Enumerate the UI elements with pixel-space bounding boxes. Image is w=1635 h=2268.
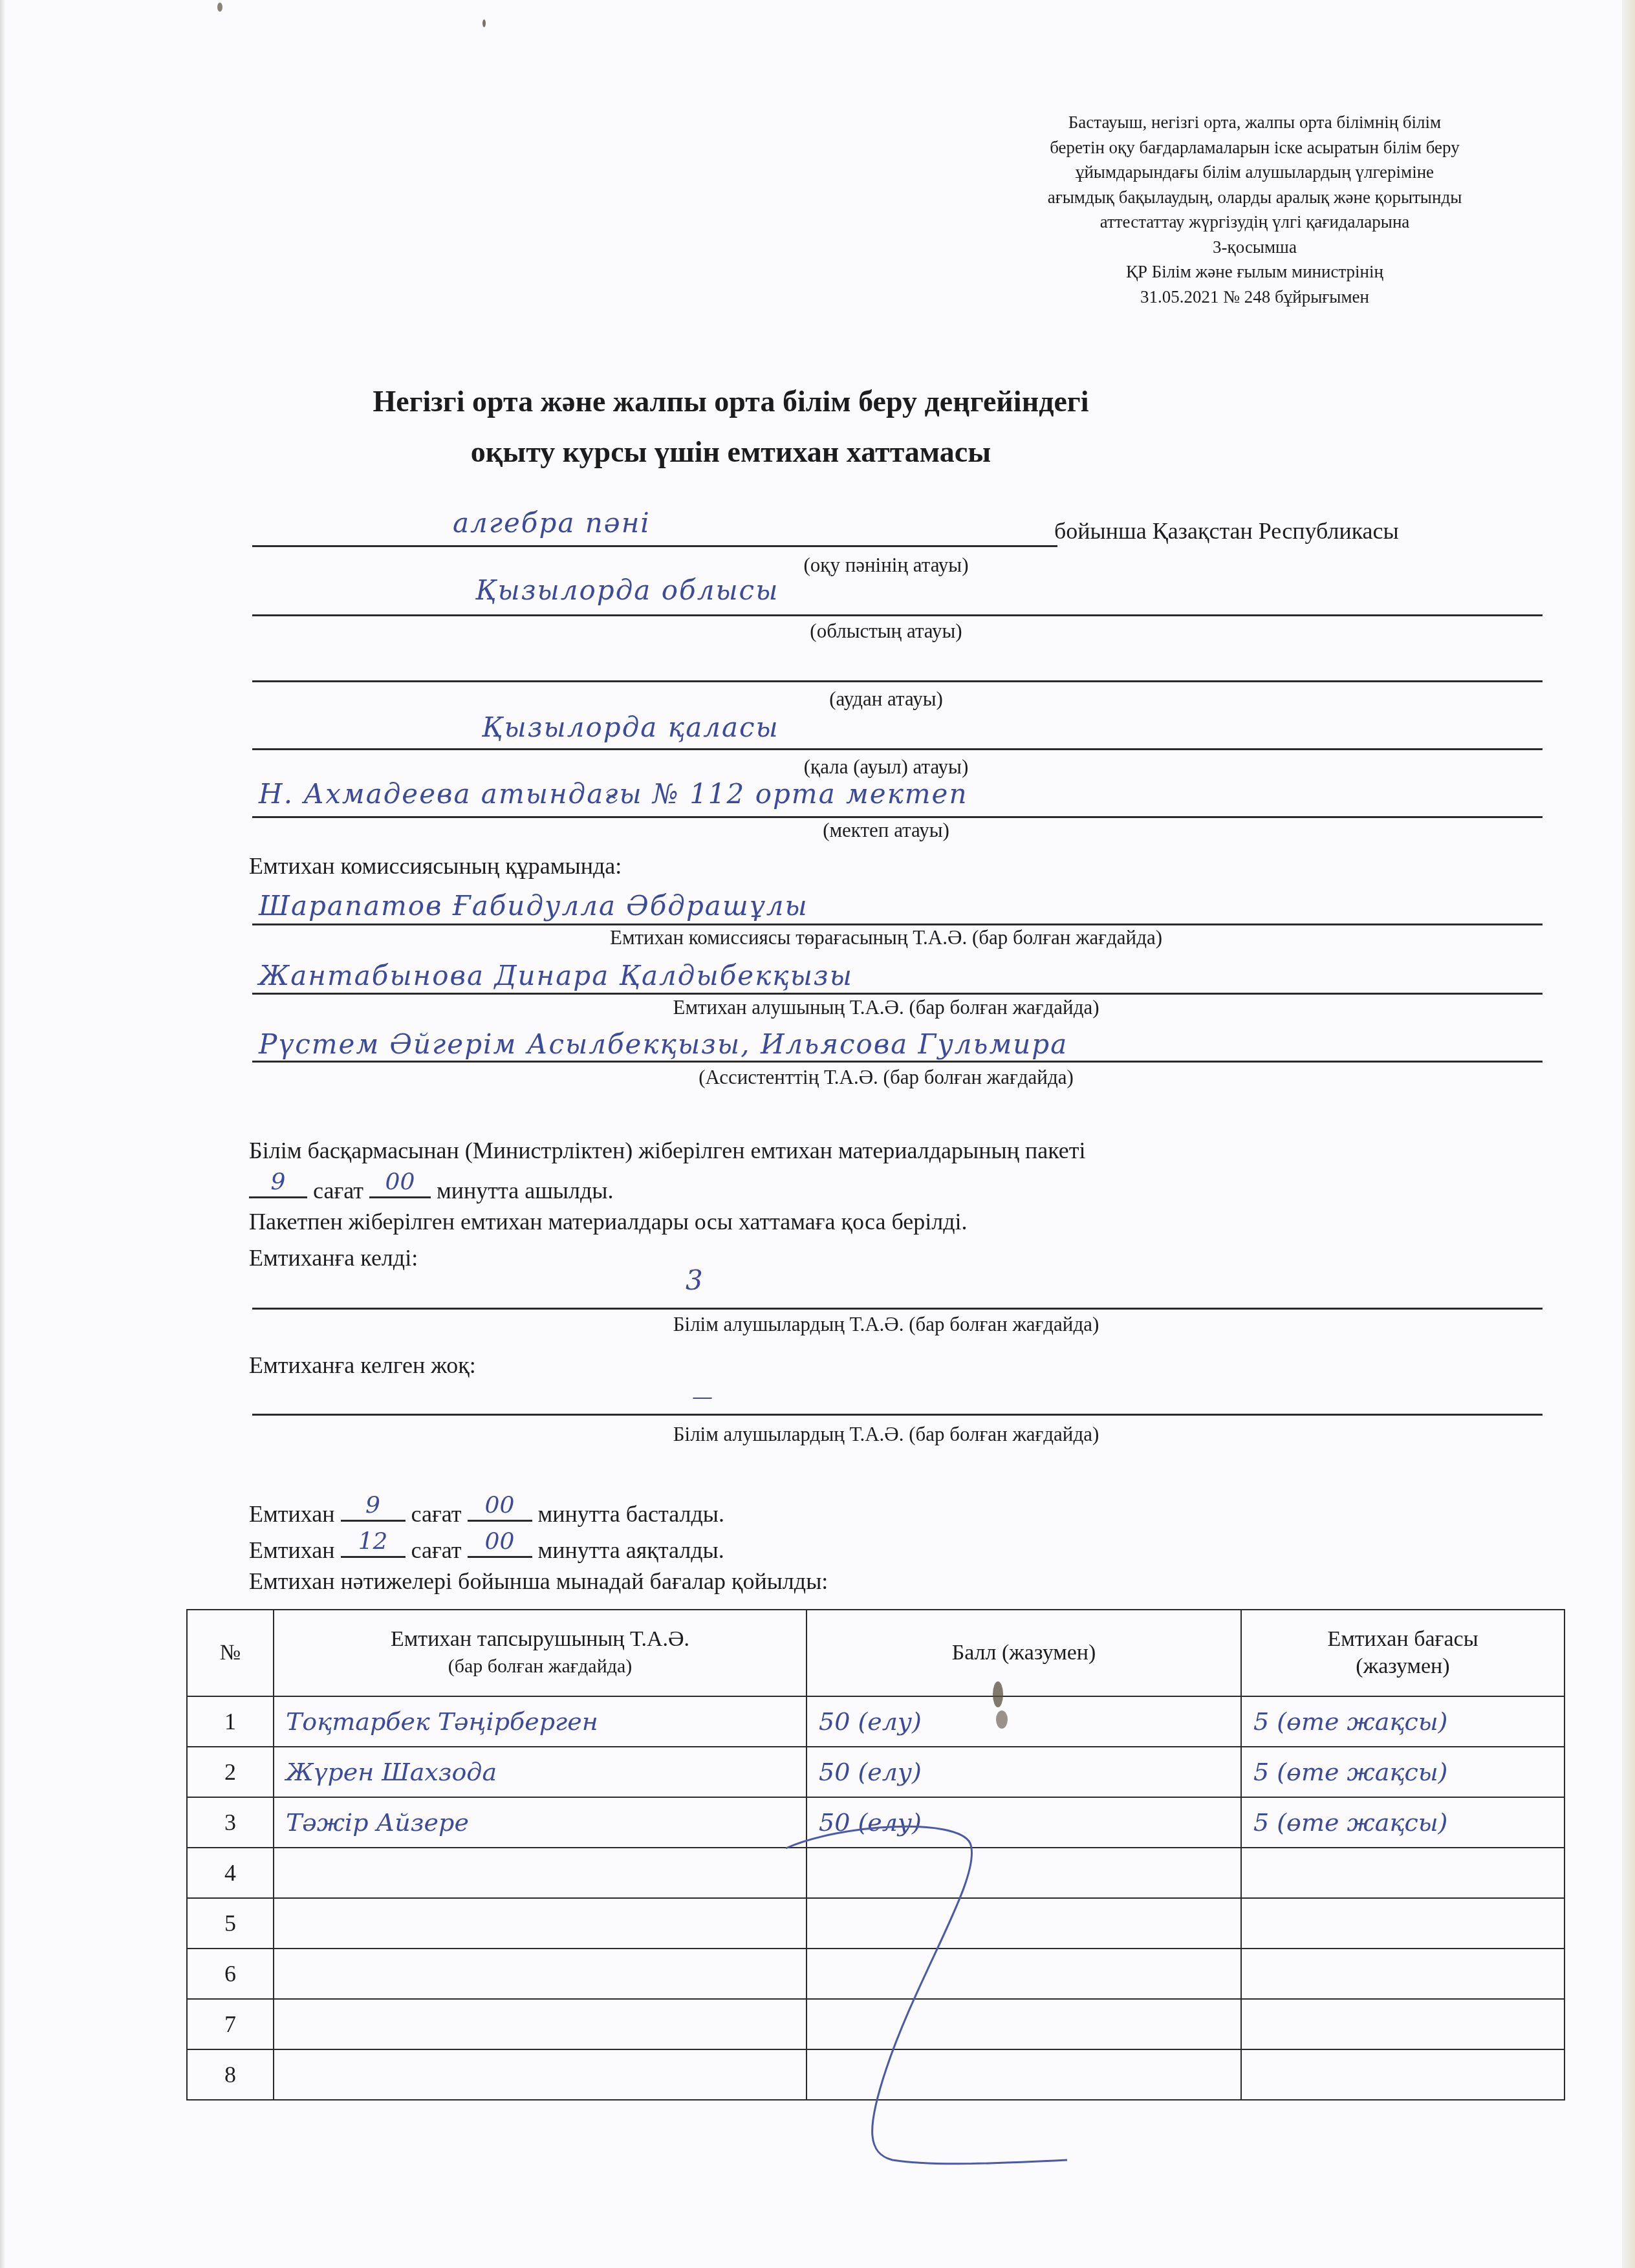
- exam-start-line: Емтихан 9 сағат 00 минутта басталды.: [249, 1495, 724, 1528]
- subject-caption: (оқу пәнінің атауы): [804, 554, 969, 577]
- package-text: Білім басқармасынан (Министрліктен) жібе…: [249, 1137, 1086, 1164]
- score-cell[interactable]: 50 (елу): [807, 1747, 1241, 1797]
- table-row: 8: [187, 2049, 1565, 2100]
- student-name-cell[interactable]: Тоқтарбек Тәңірберген: [274, 1696, 807, 1747]
- school-value[interactable]: Н. Ахмадеева атындағы № 112 орта мектеп: [259, 778, 968, 810]
- col-header-name-main: Емтихан тапсырушының Т.А.Ә.: [274, 1626, 806, 1653]
- results-intro: Емтихан нәтижелері бойынша мынадай бағал…: [249, 1568, 828, 1595]
- row-number: 6: [187, 1949, 274, 1999]
- header-line: аттестаттау жүргізудің үлгі қағидаларына: [1009, 210, 1500, 235]
- col-header-grade-main: Емтихан бағасы: [1242, 1626, 1564, 1653]
- ink-smudge: [996, 1711, 1008, 1729]
- grade-cell[interactable]: 5 (өте жақсы): [1241, 1797, 1565, 1848]
- student-name-cell[interactable]: [274, 1999, 807, 2049]
- header-line: ұйымдарындағы білім алушылардың үлгерімі…: [1009, 160, 1500, 185]
- row-number: 5: [187, 1898, 274, 1949]
- scan-edge-right: [1622, 0, 1635, 2268]
- row-number: 2: [187, 1747, 274, 1797]
- header-line: ағымдық бақылаудың, оларды аралық және қ…: [1009, 185, 1500, 210]
- examiner-name[interactable]: Жантабынова Динара Қалдыбекқызы: [259, 960, 853, 991]
- exam-word: Емтихан: [249, 1537, 335, 1563]
- regulation-reference: Бастауыш, негізгі орта, жалпы орта білім…: [1009, 110, 1500, 309]
- student-name-cell[interactable]: [274, 2049, 807, 2100]
- row-number: 1: [187, 1696, 274, 1747]
- col-header-name: Емтихан тапсырушының Т.А.Ә. (бар болған …: [274, 1610, 807, 1696]
- grade-cell[interactable]: [1241, 1949, 1565, 1999]
- present-value[interactable]: 3: [686, 1264, 704, 1296]
- col-header-grade: Емтихан бағасы (жазумен): [1241, 1610, 1565, 1696]
- exam-word: Емтихан: [249, 1501, 335, 1527]
- hour-word: сағат: [411, 1537, 462, 1563]
- present-label: Емтиханға келді:: [249, 1244, 418, 1271]
- student-name-cell[interactable]: [274, 1949, 807, 1999]
- row-number: 7: [187, 1999, 274, 2049]
- table-row: 6: [187, 1949, 1565, 1999]
- student-name-cell[interactable]: [274, 1898, 807, 1949]
- hour-word: сағат: [313, 1178, 363, 1204]
- exam-end-line: Емтихан 12 сағат 00 минутта аяқталды.: [249, 1531, 724, 1564]
- row-number: 4: [187, 1848, 274, 1898]
- subject-value[interactable]: алгебра пәні: [453, 507, 651, 539]
- absent-underline: [252, 1414, 1543, 1416]
- present-underline: [252, 1308, 1543, 1310]
- score-cell[interactable]: 50 (елу): [807, 1797, 1241, 1848]
- city-value[interactable]: Қызылорда қаласы: [482, 711, 779, 743]
- materials-attached-note: Пакетпен жіберілген емтихан материалдары…: [249, 1208, 967, 1235]
- table-row: 5: [187, 1898, 1565, 1949]
- school-caption: (мектеп атауы): [823, 819, 949, 842]
- header-line: беретін оқу бағдарламаларын іске асыраты…: [1009, 135, 1500, 160]
- score-cell[interactable]: [807, 1848, 1241, 1898]
- header-line: Бастауыш, негізгі орта, жалпы орта білім…: [1009, 110, 1500, 135]
- region-caption: (облыстың атауы): [810, 620, 962, 643]
- score-cell[interactable]: [807, 2049, 1241, 2100]
- opened-minute-field[interactable]: 00: [369, 1172, 431, 1198]
- examiner-caption: Емтихан алушының Т.А.Ә. (бар болған жағд…: [673, 996, 1099, 1019]
- scan-speck: [482, 19, 486, 27]
- ink-smudge: [993, 1681, 1003, 1707]
- end-suffix: минутта аяқталды.: [538, 1537, 724, 1563]
- start-hour-field[interactable]: 9: [341, 1495, 406, 1522]
- student-name-cell[interactable]: Тәжір Айзере: [274, 1797, 807, 1848]
- package-opened-line: 9 сағат 00 минутта ашылды.: [249, 1172, 614, 1204]
- table-row: 1Тоқтарбек Тәңірберген50 (елу)5 (өте жақ…: [187, 1696, 1565, 1747]
- absent-label: Емтиханға келген жоқ:: [249, 1352, 476, 1379]
- score-cell[interactable]: 50 (елу): [807, 1696, 1241, 1747]
- absent-value[interactable]: —: [692, 1384, 714, 1409]
- commission-heading: Емтихан комиссиясының құрамында:: [249, 852, 622, 880]
- student-name-cell[interactable]: Жүрен Шахзода: [274, 1747, 807, 1797]
- order-reference: 31.05.2021 № 248 бұйрығымен: [1009, 285, 1500, 310]
- score-cell[interactable]: [807, 1898, 1241, 1949]
- district-caption: (аудан атауы): [829, 687, 943, 711]
- col-header-number: №: [187, 1610, 274, 1696]
- city-caption: (қала (ауыл) атауы): [804, 755, 969, 779]
- examiner-underline: [252, 993, 1543, 995]
- document-title: Негізгі орта және жалпы орта білім беру …: [246, 376, 1216, 477]
- end-hour-field[interactable]: 12: [341, 1531, 406, 1558]
- opened-hour-field[interactable]: 9: [249, 1172, 307, 1198]
- assistants-caption: (Ассистенттің Т.А.Ә. (бар болған жағдайд…: [698, 1066, 1073, 1089]
- col-header-name-sub: (бар болған жағдайда): [274, 1653, 806, 1680]
- header-line: ҚР Білім және ғылым министрінің: [1009, 259, 1500, 285]
- table-row: 2Жүрен Шахзода50 (елу)5 (өте жақсы): [187, 1747, 1565, 1797]
- present-caption: Білім алушылардың Т.А.Ә. (бар болған жағ…: [673, 1313, 1099, 1336]
- chair-underline: [252, 923, 1543, 925]
- subject-underline: [252, 545, 1057, 547]
- score-cell[interactable]: [807, 1949, 1241, 1999]
- assistants-names[interactable]: Рүстем Әйгерім Асылбекқызы, Ильясова Гул…: [259, 1028, 1068, 1060]
- hour-word: сағат: [411, 1501, 462, 1527]
- col-header-grade-sub: (жазумен): [1242, 1653, 1564, 1680]
- student-name-cell[interactable]: [274, 1848, 807, 1898]
- row-number: 8: [187, 2049, 274, 2100]
- city-underline: [252, 748, 1543, 750]
- opened-suffix: минутта ашылды.: [437, 1178, 614, 1204]
- region-value[interactable]: Қызылорда облысы: [475, 574, 779, 606]
- grade-cell[interactable]: 5 (өте жақсы): [1241, 1747, 1565, 1797]
- title-line-2: оқыту курсы үшін емтихан хаттамасы: [246, 427, 1216, 477]
- score-cell[interactable]: [807, 1999, 1241, 2049]
- results-table: № Емтихан тапсырушының Т.А.Ә. (бар болға…: [186, 1609, 1565, 2101]
- district-underline: [252, 680, 1543, 682]
- table-header-row: № Емтихан тапсырушының Т.А.Ә. (бар болға…: [187, 1610, 1565, 1696]
- absent-caption: Білім алушылардың Т.А.Ә. (бар болған жағ…: [673, 1423, 1099, 1446]
- chair-name[interactable]: Шарапатов Ғабидулла Әбдрашұлы: [259, 890, 808, 922]
- appendix-number: 3-қосымша: [1009, 235, 1500, 260]
- row-number: 3: [187, 1797, 274, 1848]
- grade-cell[interactable]: [1241, 1848, 1565, 1898]
- grade-cell[interactable]: [1241, 1898, 1565, 1949]
- grade-cell[interactable]: [1241, 2049, 1565, 2100]
- title-line-1: Негізгі орта және жалпы орта білім беру …: [246, 376, 1216, 427]
- region-underline: [252, 614, 1543, 616]
- end-minute-field[interactable]: 00: [468, 1531, 532, 1558]
- assistants-underline: [252, 1061, 1543, 1063]
- table-row: 3Тәжір Айзере50 (елу)5 (өте жақсы): [187, 1797, 1565, 1848]
- table-row: 4: [187, 1848, 1565, 1898]
- start-suffix: минутта басталды.: [538, 1501, 724, 1527]
- scan-speck: [217, 3, 222, 12]
- col-header-score: Балл (жазумен): [807, 1610, 1241, 1696]
- chair-caption: Емтихан комиссиясы төрағасының Т.А.Ә. (б…: [610, 926, 1162, 949]
- grade-cell[interactable]: [1241, 1999, 1565, 2049]
- table-row: 7: [187, 1999, 1565, 2049]
- scan-edge-left: [0, 0, 5, 2268]
- grade-cell[interactable]: 5 (өте жақсы): [1241, 1696, 1565, 1747]
- start-minute-field[interactable]: 00: [468, 1495, 532, 1522]
- subject-suffix: бойынша Қазақстан Республикасы: [1054, 517, 1399, 545]
- school-underline: [252, 816, 1543, 818]
